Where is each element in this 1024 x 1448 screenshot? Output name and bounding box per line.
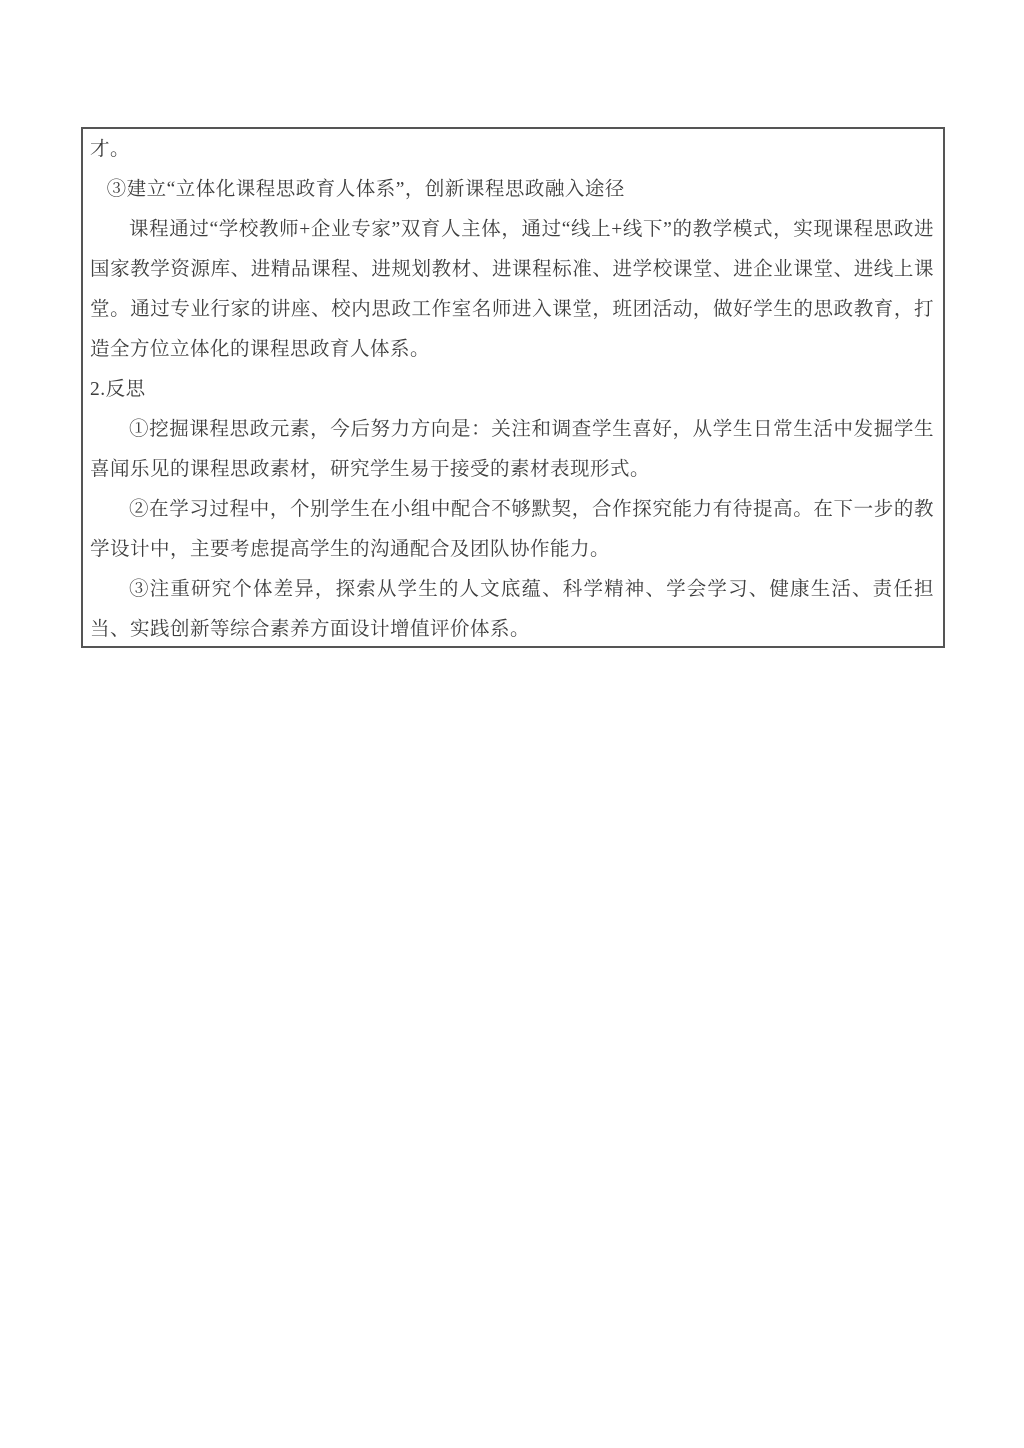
paragraph-continuation: 才。 bbox=[90, 130, 934, 170]
document-page: 才。 ③建立“立体化课程思政育人体系”，创新课程思政融入途径 课程通过“学校教师… bbox=[0, 0, 1024, 1448]
paragraph-reflection-item2: ②在学习过程中，个别学生在小组中配合不够默契，合作探究能力有待提高。在下一步的教… bbox=[90, 490, 934, 570]
paragraph-point3-body: 课程通过“学校教师+企业专家”双育人主体，通过“线上+线下”的教学模式，实现课程… bbox=[90, 210, 934, 370]
paragraph-reflection-item3: ③注重研究个体差异，探索从学生的人文底蕴、科学精神、学会学习、健康生活、责任担当… bbox=[90, 570, 934, 650]
paragraph-reflection-heading: 2.反思 bbox=[90, 370, 934, 410]
table-cell: 才。 ③建立“立体化课程思政育人体系”，创新课程思政融入途径 课程通过“学校教师… bbox=[81, 127, 945, 648]
paragraph-point3-heading: ③建立“立体化课程思政育人体系”，创新课程思政融入途径 bbox=[90, 170, 934, 210]
paragraph-reflection-item1: ①挖掘课程思政元素，今后努力方向是：关注和调查学生喜好，从学生日常生活中发掘学生… bbox=[90, 410, 934, 490]
